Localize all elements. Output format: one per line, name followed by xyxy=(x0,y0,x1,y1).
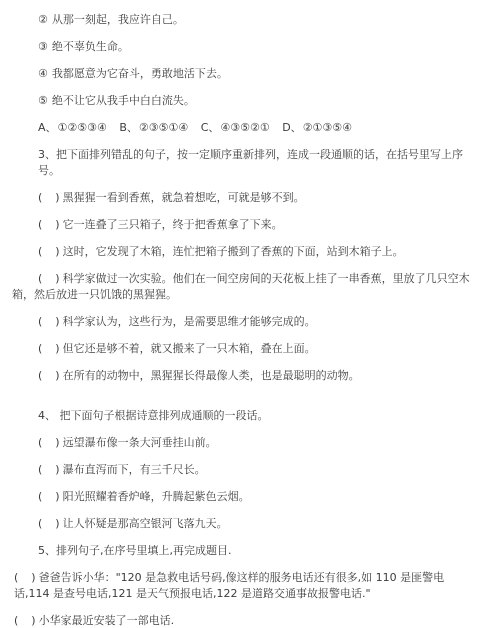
q5-sentence-item: ( )小华家最近安装了一部电话. xyxy=(12,613,476,628)
sentence-text: 瀑布直泻而下，有三千尺长。 xyxy=(63,463,206,476)
choice-value: ④③⑤②① xyxy=(220,121,269,134)
sentence-text: 小华家最近安装了一部电话. xyxy=(39,614,175,627)
answer-blank: ( ) xyxy=(38,272,61,285)
sentence-text: 让人怀疑是那高空银河飞落九天。 xyxy=(63,517,228,530)
q4-sentence-item: ( )瀑布直泻而下，有三千尺长。 xyxy=(12,462,476,478)
choice-label: B、 xyxy=(119,121,138,134)
intro-sentence: ③绝不辜负生命。 xyxy=(12,39,476,55)
sentence-number: ④ xyxy=(38,67,48,80)
answer-blank: ( ) xyxy=(38,436,61,449)
sentence-text: 阳光照耀着香炉峰，升腾起紫色云烟。 xyxy=(63,490,250,503)
question-3-heading: 3、把下面排列错乱的句子，按一定顺序重新排列，连成一段通顺的话，在括号里写上序号… xyxy=(12,147,476,179)
answer-blank: ( ) xyxy=(38,218,61,231)
choice-label: D、 xyxy=(282,121,301,134)
q3-sentence-item: ( )黑猩猩一看到香蕉，就急着想吃，可就是够不到。 xyxy=(12,190,476,206)
q3-sentence-item: ( )科学家做过一次实验。他们在一间空房间的天花板上挂了一串香蕉，里放了几只空木… xyxy=(12,271,476,303)
q3-sentence-item: ( )它一连叠了三只箱子，终于把香蕉拿了下来。 xyxy=(12,217,476,233)
answer-blank: ( ) xyxy=(38,490,61,503)
q4-sentence-item: ( )阳光照耀着香炉峰，升腾起紫色云烟。 xyxy=(12,489,476,505)
sentence-text: 但它还是够不着，就又搬来了一只木箱，叠在上面。 xyxy=(63,342,316,355)
sentence-text: 从那一刻起，我应许自己。 xyxy=(52,13,184,26)
choice-value: ①②⑤③④ xyxy=(58,121,107,134)
q5-sentence-item: ( )爸爸告诉小华："120 是急救电话号码,像这样的服务电话还有很多,如 11… xyxy=(12,570,476,602)
answer-blank: ( ) xyxy=(38,245,61,258)
sentence-text: 绝不让它从我手中白白流失。 xyxy=(52,94,195,107)
sentence-number: ⑤ xyxy=(38,94,48,107)
sentence-text: 绝不辜负生命。 xyxy=(52,40,129,53)
choice-option-b: B、②③⑤①④ xyxy=(119,121,188,134)
q3-sentence-item: ( )但它还是够不着，就又搬来了一只木箱，叠在上面。 xyxy=(12,341,476,357)
intro-sentence: ⑤绝不让它从我手中白白流失。 xyxy=(12,93,476,109)
sentence-text: 爸爸告诉小华："120 是急救电话号码,像这样的服务电话还有很多,如 110 是… xyxy=(14,571,444,600)
choice-label: C、 xyxy=(201,121,220,134)
intro-sentence: ②从那一刻起，我应许自己。 xyxy=(12,12,476,28)
q3-sentence-item: ( )科学家认为，这些行为，是需要思维才能够完成的。 xyxy=(12,314,476,330)
q3-sentence-item: ( )这时，它发现了木箱，连忙把箱子搬到了香蕉的下面，站到木箱子上。 xyxy=(12,244,476,260)
answer-blank: ( ) xyxy=(38,315,61,328)
intro-sentence: ④我都愿意为它奋斗，勇敢地活下去。 xyxy=(12,66,476,82)
sentence-text: 远望瀑布像一条大河垂挂山前。 xyxy=(63,436,217,449)
q3-sentence-item: ( )在所有的动物中，黑猩猩长得最像人类，也是最聪明的动物。 xyxy=(12,368,476,384)
answer-blank: ( ) xyxy=(38,369,61,382)
answer-blank: ( ) xyxy=(38,191,61,204)
sentence-text: 我都愿意为它奋斗，勇敢地活下去。 xyxy=(52,67,228,80)
sentence-text: 在所有的动物中，黑猩猩长得最像人类，也是最聪明的动物。 xyxy=(63,369,360,382)
sentence-text: 科学家做过一次实验。他们在一间空房间的天花板上挂了一串香蕉，里放了几只空木箱，然… xyxy=(12,272,470,301)
q4-sentence-item: ( )让人怀疑是那高空银河飞落九天。 xyxy=(12,516,476,532)
question-5-heading: 5、排列句子,在序号里填上,再完成题目. xyxy=(12,543,476,559)
choice-option-d: D、②①③⑤④ xyxy=(282,121,352,134)
sentence-number: ③ xyxy=(38,40,48,53)
answer-blank: ( ) xyxy=(38,463,61,476)
choice-options-line: A、①②⑤③④ B、②③⑤①④ C、④③⑤②① D、②①③⑤④ xyxy=(12,120,476,136)
sentence-number: ② xyxy=(38,13,48,26)
q4-sentence-item: ( )远望瀑布像一条大河垂挂山前。 xyxy=(12,435,476,451)
worksheet-page: ②从那一刻起，我应许自己。 ③绝不辜负生命。 ④我都愿意为它奋斗，勇敢地活下去。… xyxy=(0,0,488,628)
sentence-text: 黑猩猩一看到香蕉，就急着想吃，可就是够不到。 xyxy=(63,191,305,204)
sentence-text: 它一连叠了三只箱子，终于把香蕉拿了下来。 xyxy=(63,218,283,231)
question-4-heading: 4、 把下面句子根据诗意排列成通顺的一段话。 xyxy=(12,408,476,424)
sentence-text: 这时，它发现了木箱，连忙把箱子搬到了香蕉的下面，站到木箱子上。 xyxy=(63,245,404,258)
choice-option-c: C、④③⑤②① xyxy=(201,121,270,134)
answer-blank: ( ) xyxy=(14,614,37,627)
choice-value: ②③⑤①④ xyxy=(139,121,188,134)
choice-label: A、 xyxy=(38,121,57,134)
answer-blank: ( ) xyxy=(14,571,37,584)
answer-blank: ( ) xyxy=(38,517,61,530)
choice-option-a: A、①②⑤③④ xyxy=(38,121,107,134)
choice-value: ②①③⑤④ xyxy=(303,121,352,134)
sentence-text: 科学家认为，这些行为，是需要思维才能够完成的。 xyxy=(63,315,316,328)
answer-blank: ( ) xyxy=(38,342,61,355)
